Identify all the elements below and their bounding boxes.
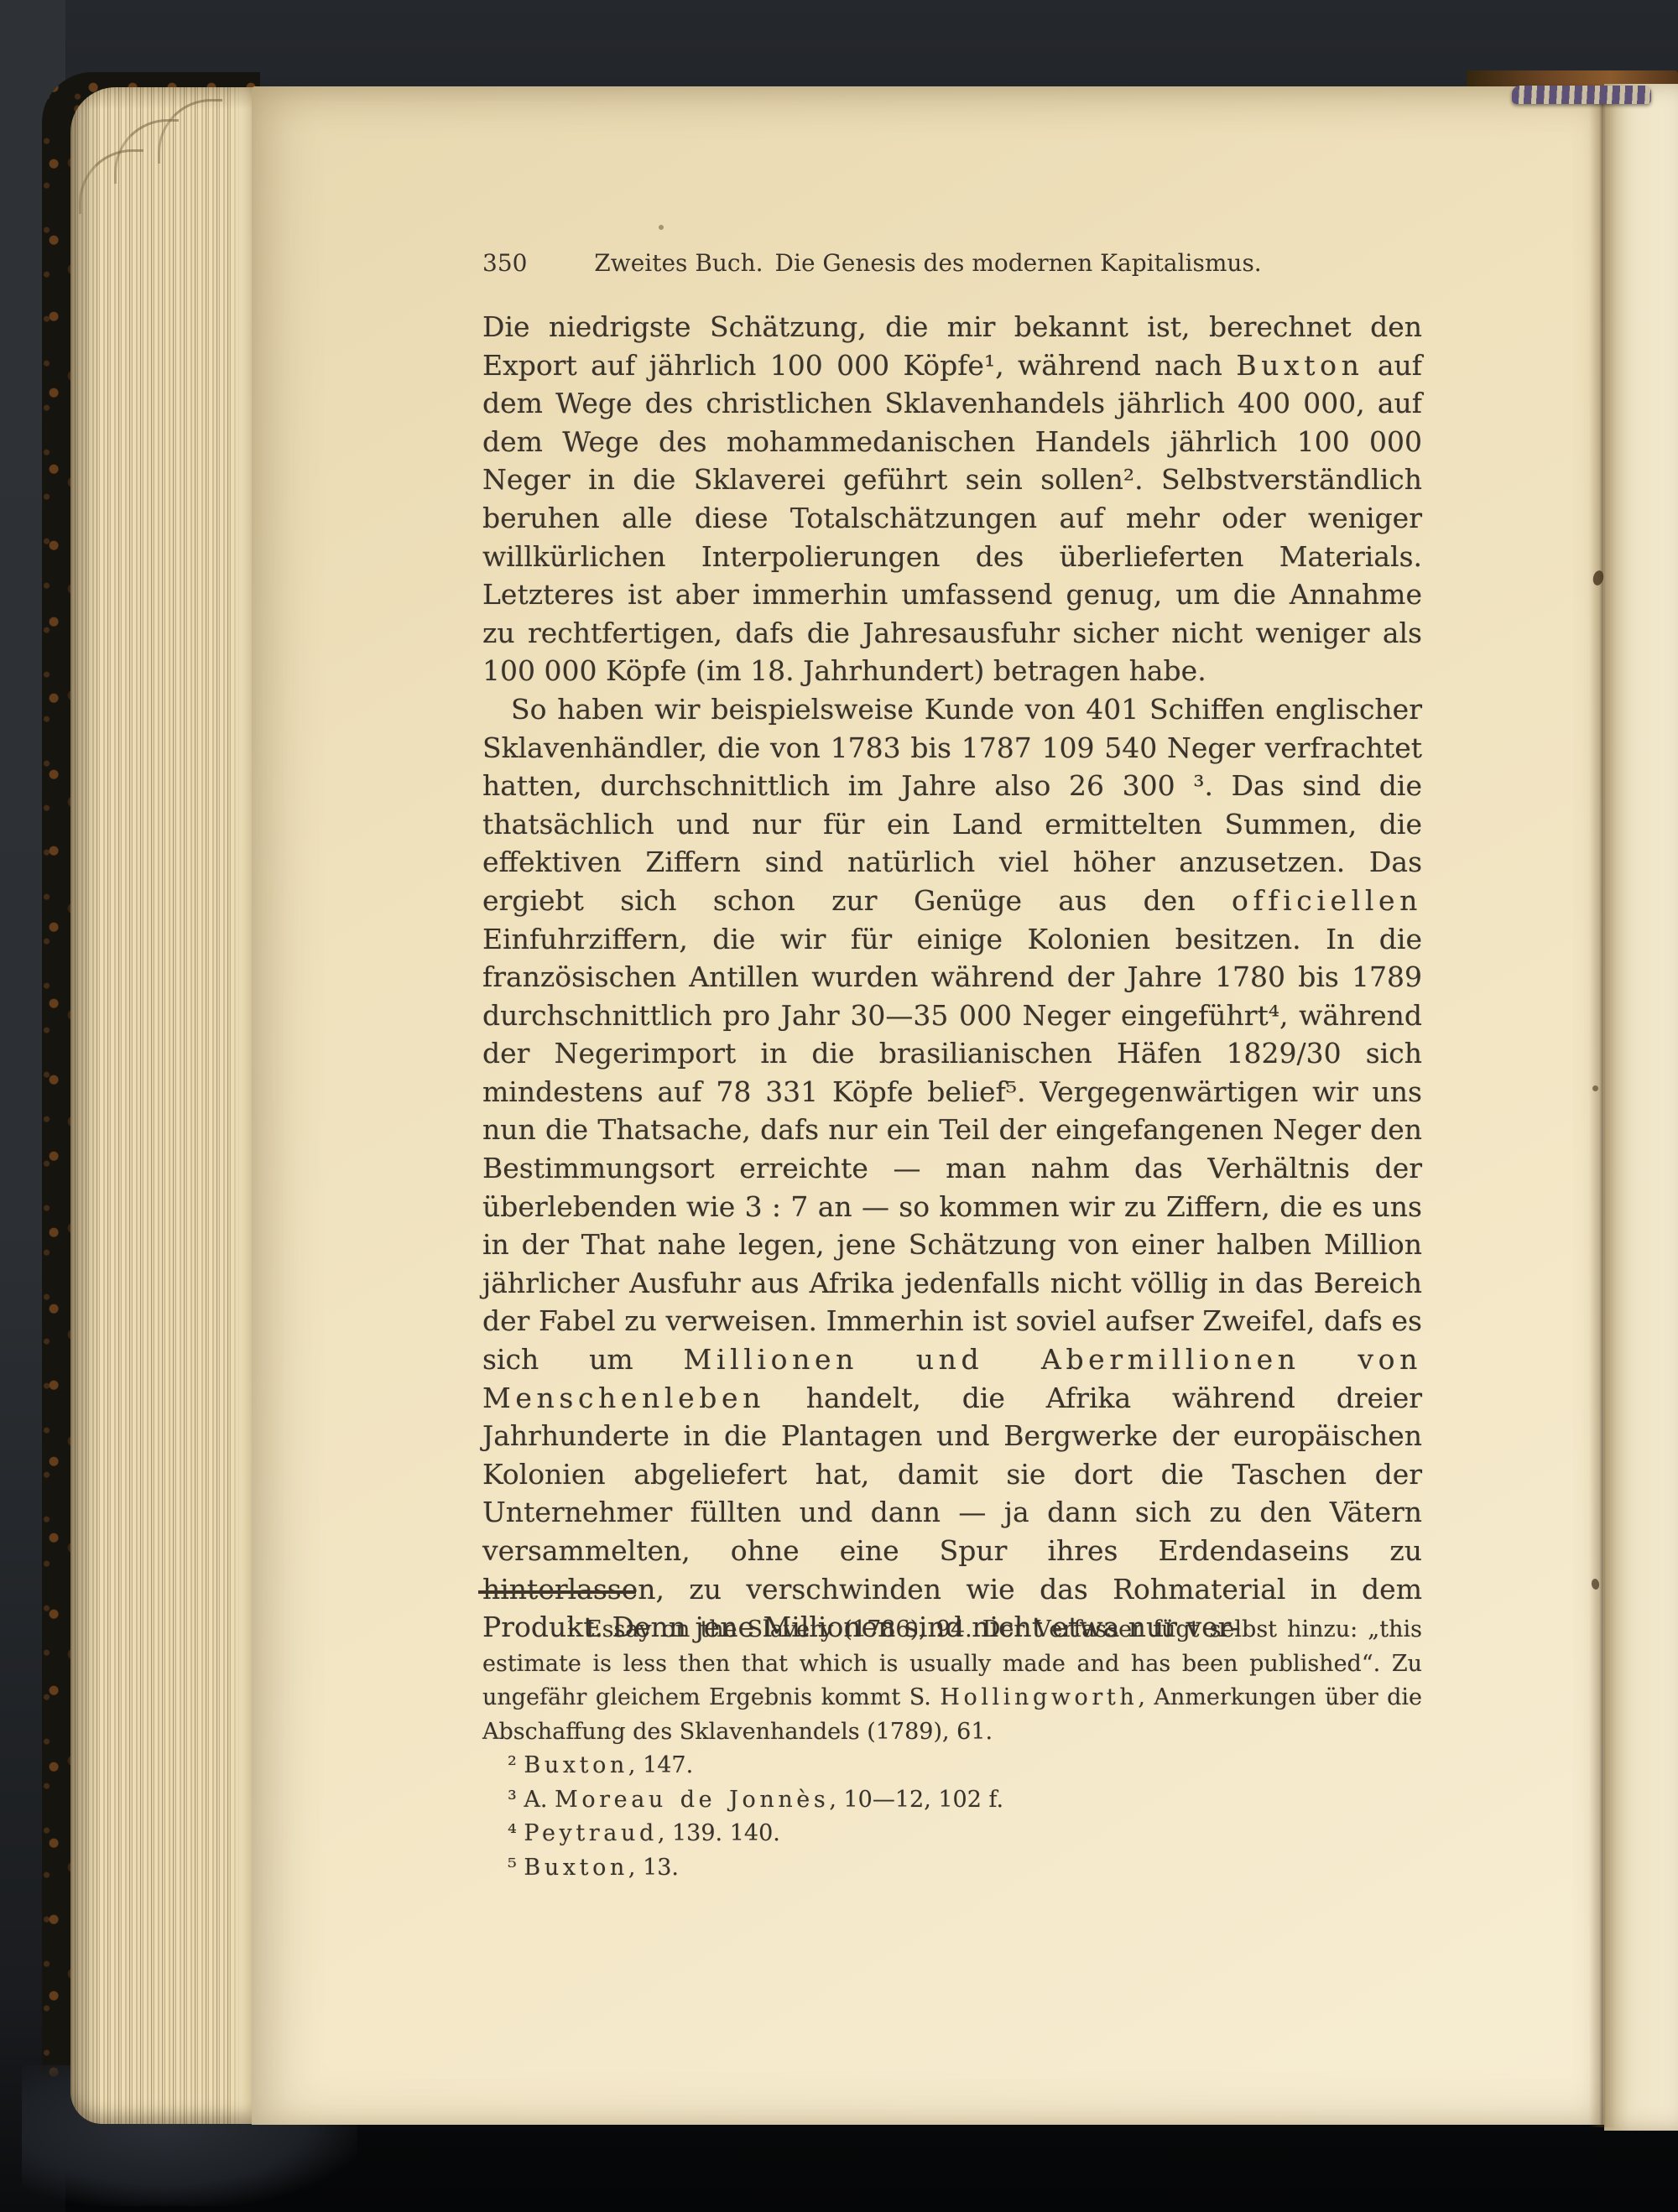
text-run: ⁵	[508, 1855, 524, 1881]
footnote-separator-rule	[478, 1590, 636, 1594]
text-run: auf dem Wege des christlichen Sklavenhan…	[482, 349, 1422, 688]
text-run: , 139. 140.	[658, 1820, 780, 1846]
gutter-shadow	[1589, 87, 1616, 2127]
body-paragraph: So haben wir beispielsweise Kunde von 40…	[482, 690, 1422, 1647]
footnote: ⁵ Buxton, 13.	[482, 1851, 1422, 1886]
text-run: Peytraud	[524, 1820, 657, 1846]
text-run: , 13.	[628, 1855, 679, 1881]
text-run: ³ A.	[508, 1787, 555, 1813]
page-edges	[70, 87, 257, 2124]
footnote: ³ A. Moreau de Jonnès, 10—12, 102 f.	[482, 1783, 1422, 1818]
text-run: Buxton	[1236, 349, 1363, 382]
headband	[1512, 86, 1651, 104]
text-run: So haben wir beispielsweise Kunde von 40…	[482, 693, 1422, 917]
text-run: handelt, die Afrika während dreier Jahrh…	[482, 1382, 1422, 1644]
running-head: Zweites Buch. Die Genesis des modernen K…	[482, 249, 1422, 277]
text-run: , 10—12, 102 f.	[829, 1787, 1003, 1813]
footnote: ² Buxton, 147.	[482, 1749, 1422, 1783]
text-run: ⁴	[508, 1820, 524, 1846]
text-run: Buxton	[524, 1752, 628, 1778]
book-photo: 350 Zweites Buch. Die Genesis des modern…	[0, 0, 1678, 2212]
footnote: ¹ Essay on the Slavery (1786), 94. Der V…	[482, 1613, 1422, 1749]
paper-speck	[1592, 1085, 1598, 1091]
page-body-text: Die niedrigste Schätzung, die mir bekann…	[482, 308, 1422, 1647]
text-run: officiellen	[1232, 884, 1422, 917]
footnotes: ¹ Essay on the Slavery (1786), 94. Der V…	[482, 1613, 1422, 1885]
text-run: ²	[508, 1752, 524, 1778]
footnote: ⁴ Peytraud, 139. 140.	[482, 1817, 1422, 1851]
paper-speck	[659, 225, 664, 230]
text-run: Buxton	[524, 1855, 628, 1881]
text-run: Moreau de Jonnès	[555, 1787, 829, 1813]
text-run: , 147.	[628, 1752, 693, 1778]
text-run: Einfuhrziffern, die wir für einige Kolon…	[482, 923, 1422, 1377]
text-run: Hollingworth	[940, 1684, 1138, 1710]
body-paragraph: Die niedrigste Schätzung, die mir bekann…	[482, 308, 1422, 690]
book-page: 350 Zweites Buch. Die Genesis des modern…	[252, 86, 1604, 2125]
